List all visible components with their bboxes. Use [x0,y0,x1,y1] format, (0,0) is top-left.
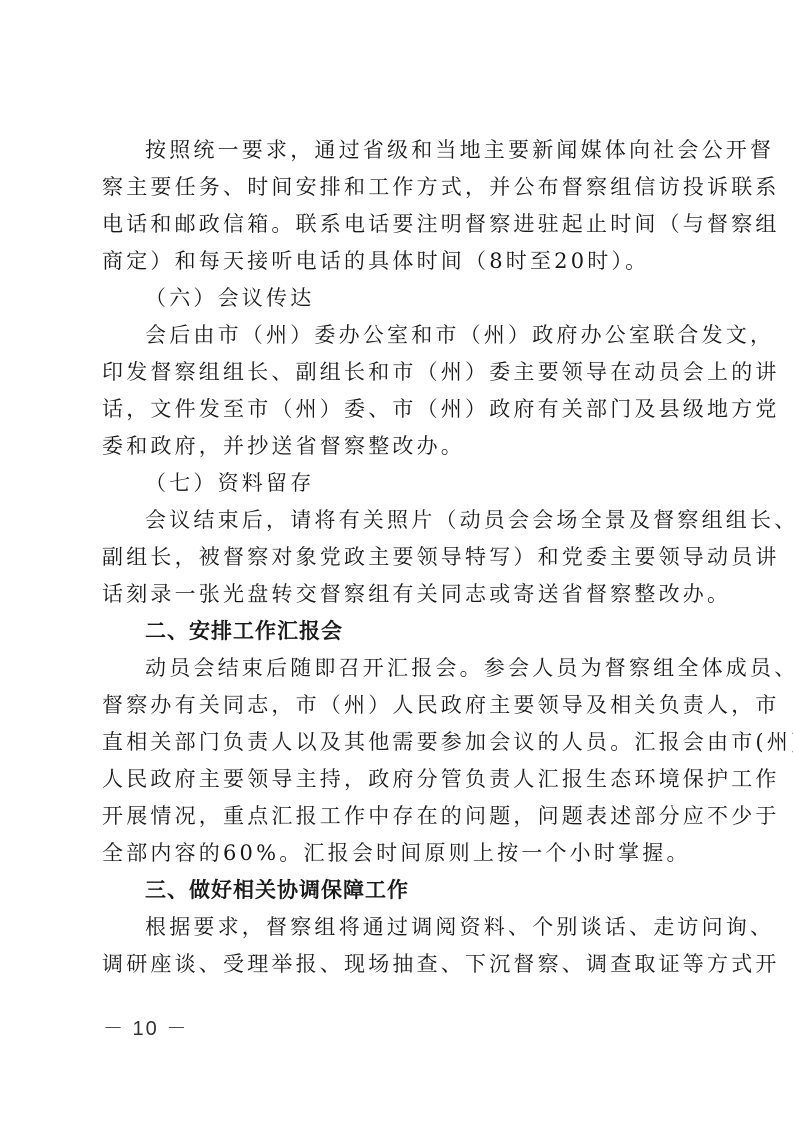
page-number: － 10 － [103,1012,188,1041]
paragraph-line: 直相关部门负责人以及其他需要参加会议的人员。汇报会由市(州) [102,724,714,761]
section-heading-report-meeting: 二、安排工作汇报会 [102,613,714,650]
paragraph-line: 全部内容的60%。汇报会时间原则上按一个小时掌握。 [102,835,714,872]
paragraph-line: 话，文件发至市（州）委、市（州）政府有关部门及县级地方党 [102,391,714,428]
subheading-archive: （七）资料留存 [102,465,714,502]
paragraph-line: 根据要求，督察组将通过调阅资料、个别谈话、走访问询、 [102,909,714,946]
paragraph-line: 人民政府主要领导主持，政府分管负责人汇报生态环境保护工作 [102,761,714,798]
document-body: 按照统一要求，通过省级和当地主要新闻媒体向社会公开督 察主要任务、时间安排和工作… [102,132,714,983]
section-heading-coordination: 三、做好相关协调保障工作 [102,872,714,909]
paragraph-line: 动员会结束后随即召开汇报会。参会人员为督察组全体成员、 [102,650,714,687]
paragraph-line: 印发督察组组长、副组长和市（州）委主要领导在动员会上的讲 [102,354,714,391]
paragraph-line: 电话和邮政信箱。联系电话要注明督察进驻起止时间（与督察组 [102,206,714,243]
paragraph-line: 会议结束后，请将有关照片（动员会会场全景及督察组组长、 [102,502,714,539]
paragraph-line: 开展情况，重点汇报工作中存在的问题，问题表述部分应不少于 [102,798,714,835]
paragraph-line: 委和政府，并抄送省督察整改办。 [102,428,714,465]
subheading-meeting-relay: （六）会议传达 [102,280,714,317]
paragraph-line: 副组长，被督察对象党政主要领导特写）和党委主要领导动员讲 [102,539,714,576]
paragraph-line: 会后由市（州）委办公室和市（州）政府办公室联合发文， [102,317,714,354]
paragraph-line: 话刻录一张光盘转交督察组有关同志或寄送省督察整改办。 [102,576,714,613]
paragraph-line: 督察办有关同志，市（州）人民政府主要领导及相关负责人，市 [102,687,714,724]
document-page: 按照统一要求，通过省级和当地主要新闻媒体向社会公开督 察主要任务、时间安排和工作… [0,0,793,1122]
paragraph-line: 调研座谈、受理举报、现场抽查、下沉督察、调查取证等方式开 [102,946,714,983]
paragraph-line: 按照统一要求，通过省级和当地主要新闻媒体向社会公开督 [102,132,714,169]
paragraph-line: 察主要任务、时间安排和工作方式，并公布督察组信访投诉联系 [102,169,714,206]
paragraph-line: 商定）和每天接听电话的具体时间（8时至20时）。 [102,243,714,280]
